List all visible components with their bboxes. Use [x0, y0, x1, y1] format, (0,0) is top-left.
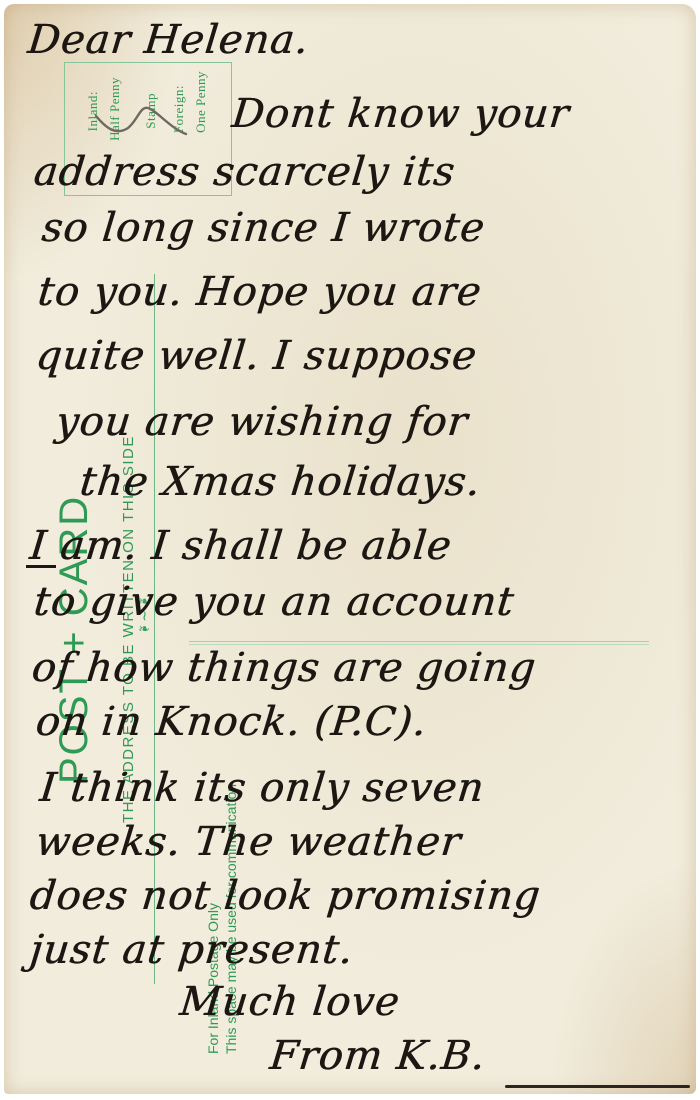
closing: Much love [178, 982, 402, 1022]
letter-line-8: I am. I shall be able [28, 526, 454, 566]
letter-line-1: Dont know your [230, 94, 572, 134]
signature: From K.B. [268, 1036, 488, 1076]
letter-line-4: to you. Hope you are [36, 272, 484, 312]
letter-line-7: the Xmas holidays. [78, 462, 483, 502]
salutation: Dear Helena. [26, 20, 311, 60]
letter-line-9: to give you an account [32, 582, 516, 622]
underline-mark [26, 565, 56, 568]
letter-line-3: so long since I wrote [40, 208, 487, 248]
letter-line-12: I think its only seven [38, 768, 486, 808]
letter-line-15: just at present. [28, 930, 355, 970]
letter-line-10: of how things are going [30, 648, 538, 688]
letter-line-13: weeks. The weather [34, 822, 463, 862]
letter-line-5: quite well. I suppose [34, 336, 479, 376]
letter-line-14: does not look promising [28, 876, 543, 916]
letter-line-2: address scarcely its [32, 152, 457, 192]
letter-line-6: you are wishing for [54, 402, 470, 442]
handwritten-letter: Dear Helena. Dont know your address scar… [0, 0, 700, 1100]
letter-line-11: on in Knock. (P.C). [34, 702, 429, 742]
signature-underline [505, 1085, 690, 1088]
